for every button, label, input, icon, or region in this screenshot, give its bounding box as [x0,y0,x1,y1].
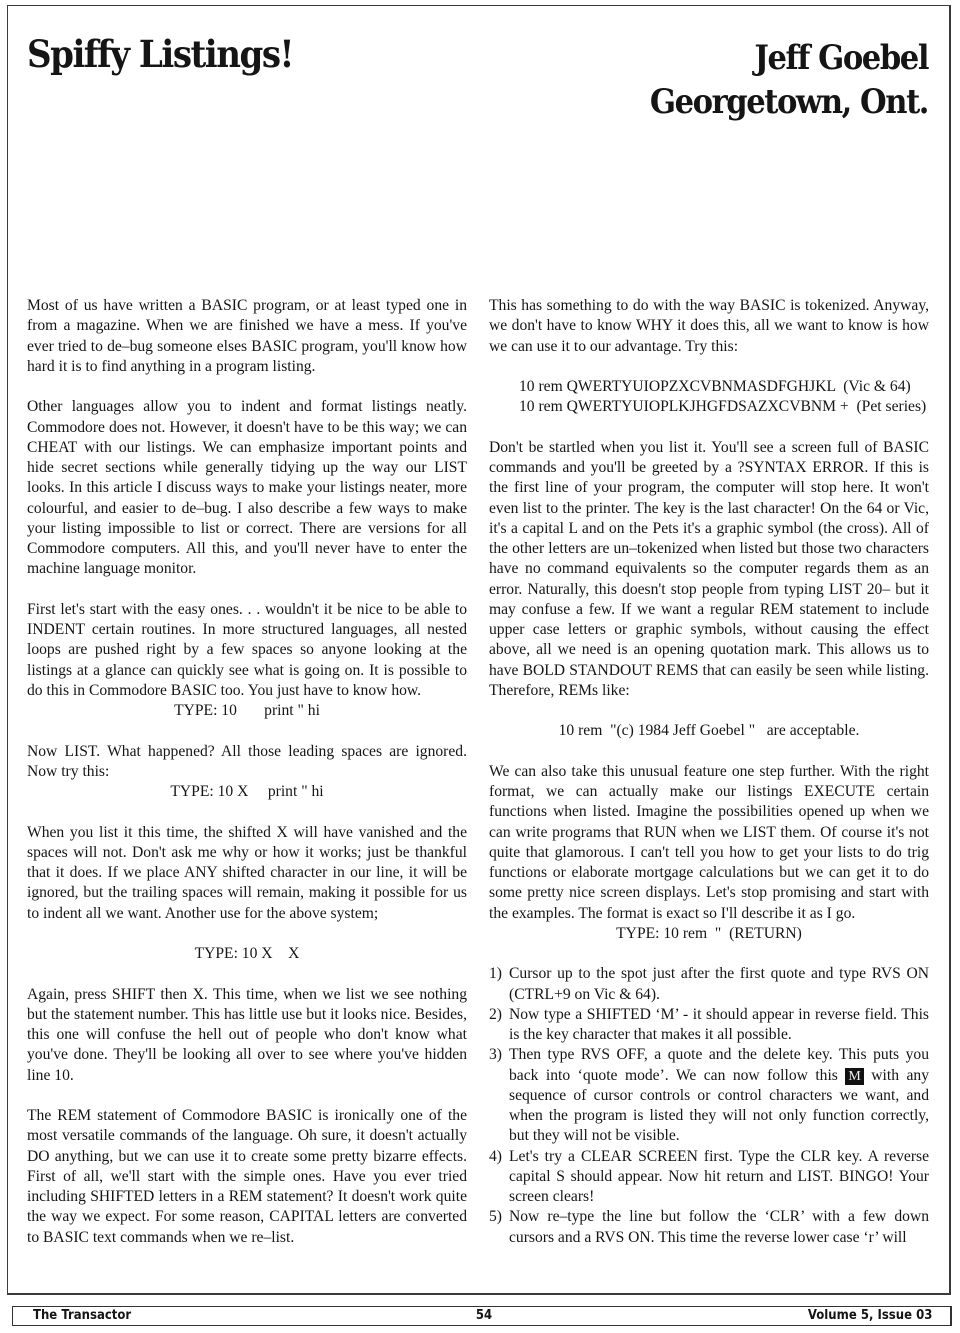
author-location: Georgetown, Ont. [650,80,928,124]
left-column: Most of us have written a BASIC program,… [27,296,467,1268]
code-example: 10 rem QWERTYUIOPZXCVBNMASDFGHJKL (Vic &… [489,377,929,397]
step-item: 4)Let's try a CLEAR SCREEN first. Type t… [489,1147,929,1208]
paragraph: First let's start with the easy ones. . … [27,600,467,701]
right-column: This has something to do with the way BA… [489,296,929,1248]
paragraph: Now LIST. What happened? All those leadi… [27,742,467,783]
page-number: 54 [476,1307,492,1324]
code-example: TYPE: 10 X print " hi [27,782,467,802]
step-item: 2)Now type a SHIFTED ‘M’ - it should app… [489,1005,929,1046]
code-example: 10 rem QWERTYUIOPLKJHGFDSAZXCVBNM + (Pet… [489,397,929,417]
paragraph: Most of us have written a BASIC program,… [27,296,467,377]
code-example: TYPE: 10 rem " (RETURN) [489,924,929,944]
steps-list: 1)Cursor up to the spot just after the f… [489,964,929,1248]
paragraph: We can also take this unusual feature on… [489,762,929,924]
page-footer: The Transactor 54 Volume 5, Issue 03 [12,1306,952,1326]
step-item: 3)Then type RVS OFF, a quote and the del… [489,1045,929,1146]
reverse-m-character: M [845,1068,863,1085]
issue-label: Volume 5, Issue 03 [807,1307,932,1324]
article-title: Spiffy Listings! [27,32,293,76]
paragraph: Don't be startled when you list it. You'… [489,438,929,701]
step-item: 5)Now re–type the line but follow the ‘C… [489,1207,929,1248]
paragraph: When you list it this time, the shifted … [27,823,467,924]
step-item: 1)Cursor up to the spot just after the f… [489,964,929,1005]
paragraph: Again, press SHIFT then X. This time, wh… [27,985,467,1086]
paragraph: Other languages allow you to indent and … [27,397,467,579]
paragraph: This has something to do with the way BA… [489,296,929,357]
author-name: Jeff Goebel [650,36,928,80]
code-example: TYPE: 10 X X [27,944,467,964]
byline: Jeff Goebel Georgetown, Ont. [650,36,928,124]
paragraph: The REM statement of Commodore BASIC is … [27,1106,467,1248]
code-example: TYPE: 10 print " hi [27,701,467,721]
code-example: 10 rem "(c) 1984 Jeff Goebel " are accep… [489,721,929,741]
publication-name: The Transactor [33,1307,131,1324]
